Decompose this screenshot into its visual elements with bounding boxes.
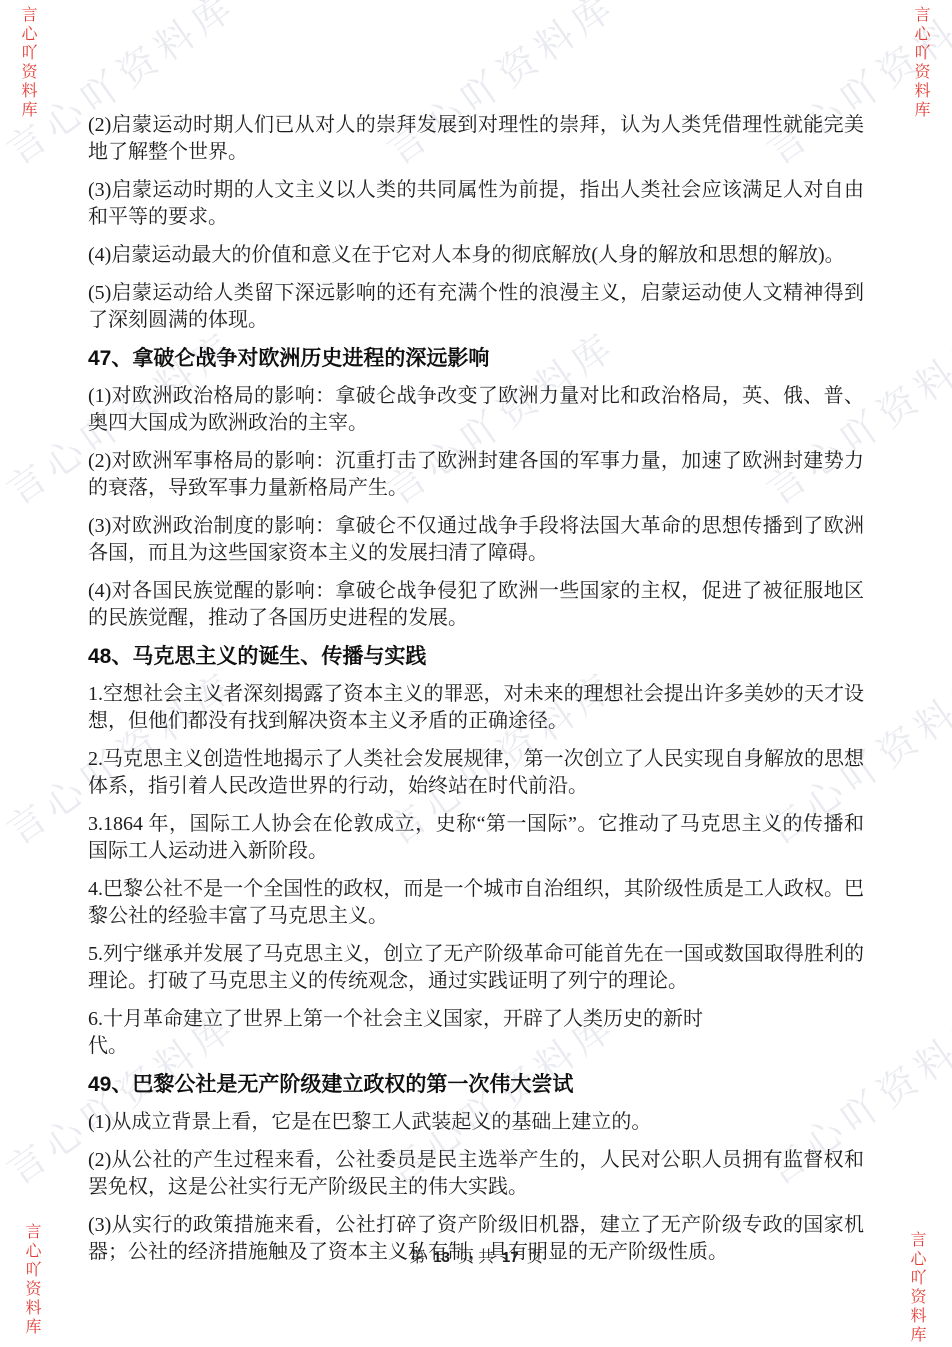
footer-suffix: 页 [527, 1249, 543, 1266]
page-footer: 第13页 共17页 [0, 1244, 952, 1267]
content-paragraph: 2.马克思主义创造性地揭示了人类社会发展规律，第一次创立了人民实现自身解放的思想… [88, 746, 864, 800]
document-page: 言心吖资料库言心吖资料库言心吖资料库言心吖资料库言心吖资料库言心吖资料库言心吖资… [0, 0, 952, 1347]
content-paragraph: 6.十月革命建立了世界上第一个社会主义国家，开辟了人类历史的新时 代。 [88, 1006, 864, 1060]
content-paragraph: 5.列宁继承并发展了马克思主义，创立了无产阶级革命可能首先在一国或数国取得胜利的… [88, 941, 864, 995]
section-heading: 48、马克思主义的诞生、传播与实践 [88, 643, 864, 670]
content-paragraph: (5)启蒙运动给人类留下深远影响的还有充满个性的浪漫主义，启蒙运动使人文精神得到… [88, 280, 864, 334]
content-paragraph: (2)从公社的产生过程来看，公社委员是民主选举产生的，人民对公职人员拥有监督权和… [88, 1147, 864, 1201]
content-paragraph: 3.1864 年，国际工人协会在伦敦成立，史称“第一国际”。它推动了马克思主义的… [88, 811, 864, 865]
content-paragraph: (3)启蒙运动时期的人文主义以人类的共同属性为前提，指出人类社会应该满足人对自由… [88, 177, 864, 231]
content-paragraph: (1)从成立背景上看，它是在巴黎工人武装起义的基础上建立的。 [88, 1109, 864, 1136]
footer-prefix: 第 [409, 1249, 425, 1266]
edge-watermark-top-right: 言心吖资料库 [909, 6, 932, 120]
content-paragraph: (4)对各国民族觉醒的影响：拿破仑战争侵犯了欧洲一些国家的主权，促进了被征服地区… [88, 578, 864, 632]
content-paragraph: (4)启蒙运动最大的价值和意义在于它对人本身的彻底解放(人身的解放和思想的解放)… [88, 242, 864, 269]
edge-watermark-top-left: 言心吖资料库 [16, 6, 39, 120]
content-paragraph: 1.空想社会主义者深刻揭露了资本主义的罪恶，对未来的理想社会提出许多美妙的天才设… [88, 681, 864, 735]
section-heading: 47、拿破仑战争对欧洲历史进程的深远影响 [88, 345, 864, 372]
footer-page-number: 13 [433, 1249, 450, 1266]
content-paragraph: (2)对欧洲军事格局的影响：沉重打击了欧洲封建各国的军事力量，加速了欧洲封建势力… [88, 448, 864, 502]
edge-watermark-bottom-left: 言心吖资料库 [20, 1223, 43, 1337]
footer-total-pages: 17 [502, 1249, 519, 1266]
content-paragraph: (2)启蒙运动时期人们已从对人的崇拜发展到对理性的崇拜，认为人类凭借理性就能完美… [88, 112, 864, 166]
content-paragraph: (3)对欧洲政治制度的影响：拿破仑不仅通过战争手段将法国大革命的思想传播到了欧洲… [88, 513, 864, 567]
footer-middle: 页 共 [458, 1249, 494, 1266]
content-paragraph: 4.巴黎公社不是一个全国性的政权，而是一个城市自治组织，其阶级性质是工人政权。巴… [88, 876, 864, 930]
section-heading: 49、巴黎公社是无产阶级建立政权的第一次伟大尝试 [88, 1071, 864, 1098]
document-content: (2)启蒙运动时期人们已从对人的崇拜发展到对理性的崇拜，认为人类凭借理性就能完美… [88, 112, 864, 1277]
content-paragraph: (1)对欧洲政治格局的影响：拿破仑战争改变了欧洲力量对比和政治格局，英、俄、普、… [88, 383, 864, 437]
